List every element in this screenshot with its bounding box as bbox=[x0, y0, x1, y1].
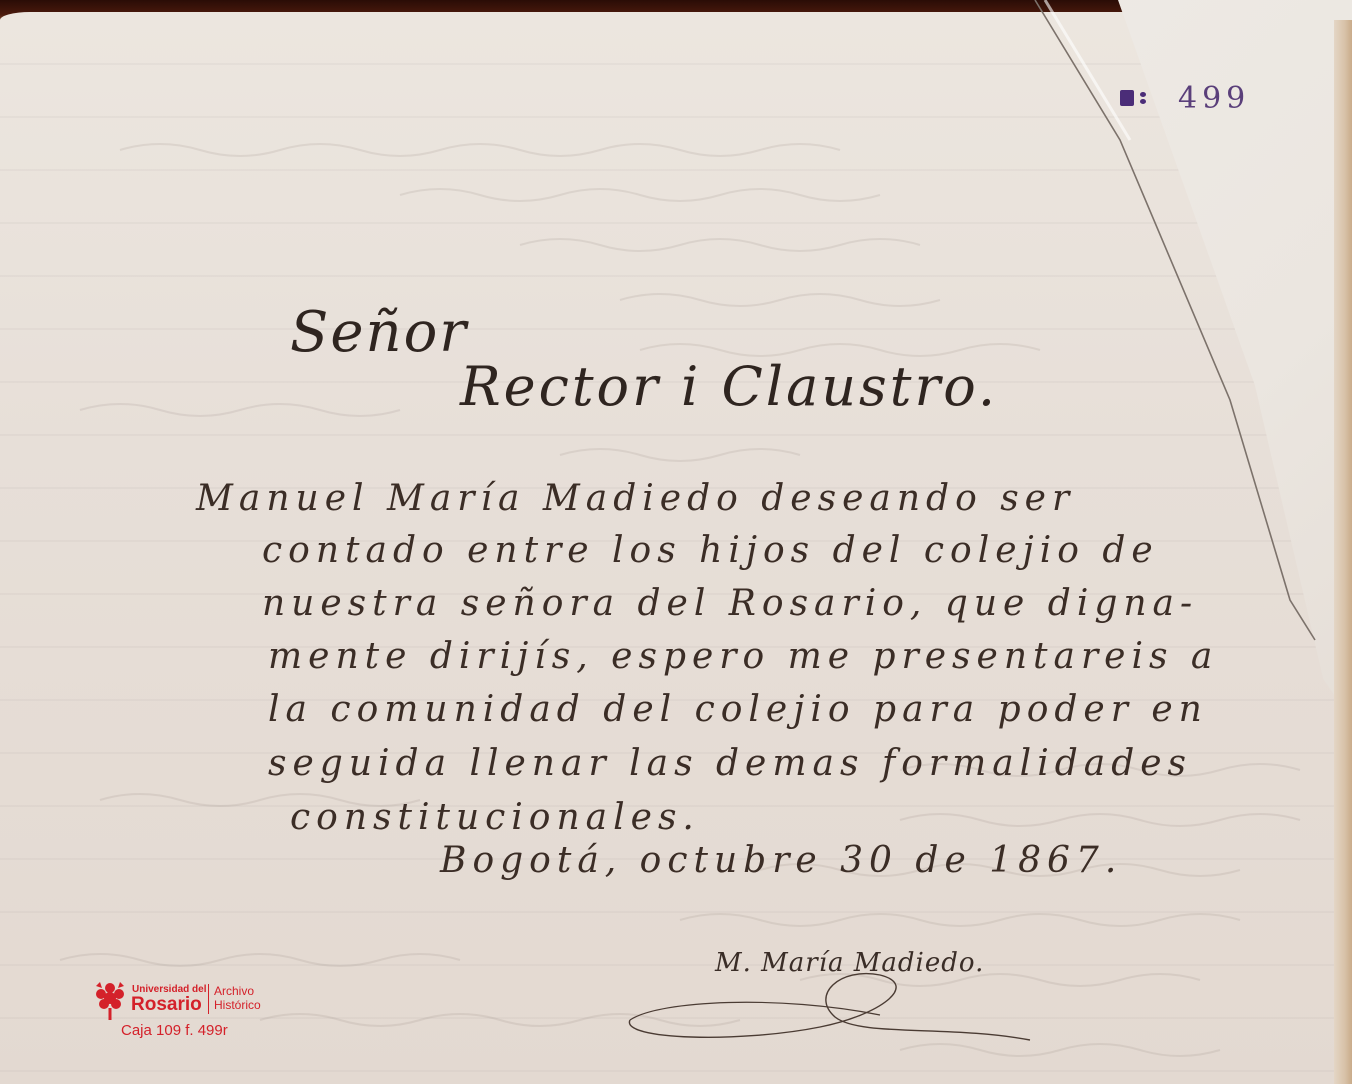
body-line: seguida llenar las demas formalidades bbox=[268, 743, 1192, 784]
dateline: Bogotá, octubre 30 de 1867. bbox=[440, 840, 1122, 881]
archive-reference: Caja 109 f. 499r bbox=[121, 1022, 228, 1039]
stamp-mark-icon bbox=[1120, 90, 1134, 106]
institution-name: Rosario bbox=[131, 994, 202, 1016]
salutation-line-1: Señor bbox=[290, 300, 468, 365]
body-line: contado entre los hijos del colejio de bbox=[262, 530, 1159, 571]
body-line: nuestra señora del Rosario, que digna- bbox=[262, 583, 1198, 624]
stamp-colon bbox=[1140, 92, 1146, 104]
signature-flourish-icon bbox=[620, 965, 1040, 1045]
page-edge-stain bbox=[1334, 20, 1352, 1084]
body-line: Manuel María Madiedo deseando ser bbox=[196, 478, 1075, 519]
body-line: constitucionales. bbox=[290, 797, 700, 838]
salutation-line-2: Rector i Claustro. bbox=[460, 355, 998, 418]
department-line-2: Histórico bbox=[214, 998, 261, 1012]
logo-divider bbox=[208, 984, 209, 1014]
folio-number: 499 bbox=[1178, 81, 1250, 116]
archive-watermark: Universidad del Rosario Archivo Históric… bbox=[88, 978, 308, 1048]
folio-stamp: 499 bbox=[1120, 78, 1250, 118]
body-line: la comunidad del colejio para poder en bbox=[268, 689, 1208, 730]
university-crest-icon bbox=[90, 978, 130, 1022]
department-name: Archivo Histórico bbox=[214, 984, 261, 1012]
department-line-1: Archivo bbox=[214, 984, 261, 998]
body-line: mente dirijís, espero me presentareis a bbox=[268, 636, 1218, 677]
